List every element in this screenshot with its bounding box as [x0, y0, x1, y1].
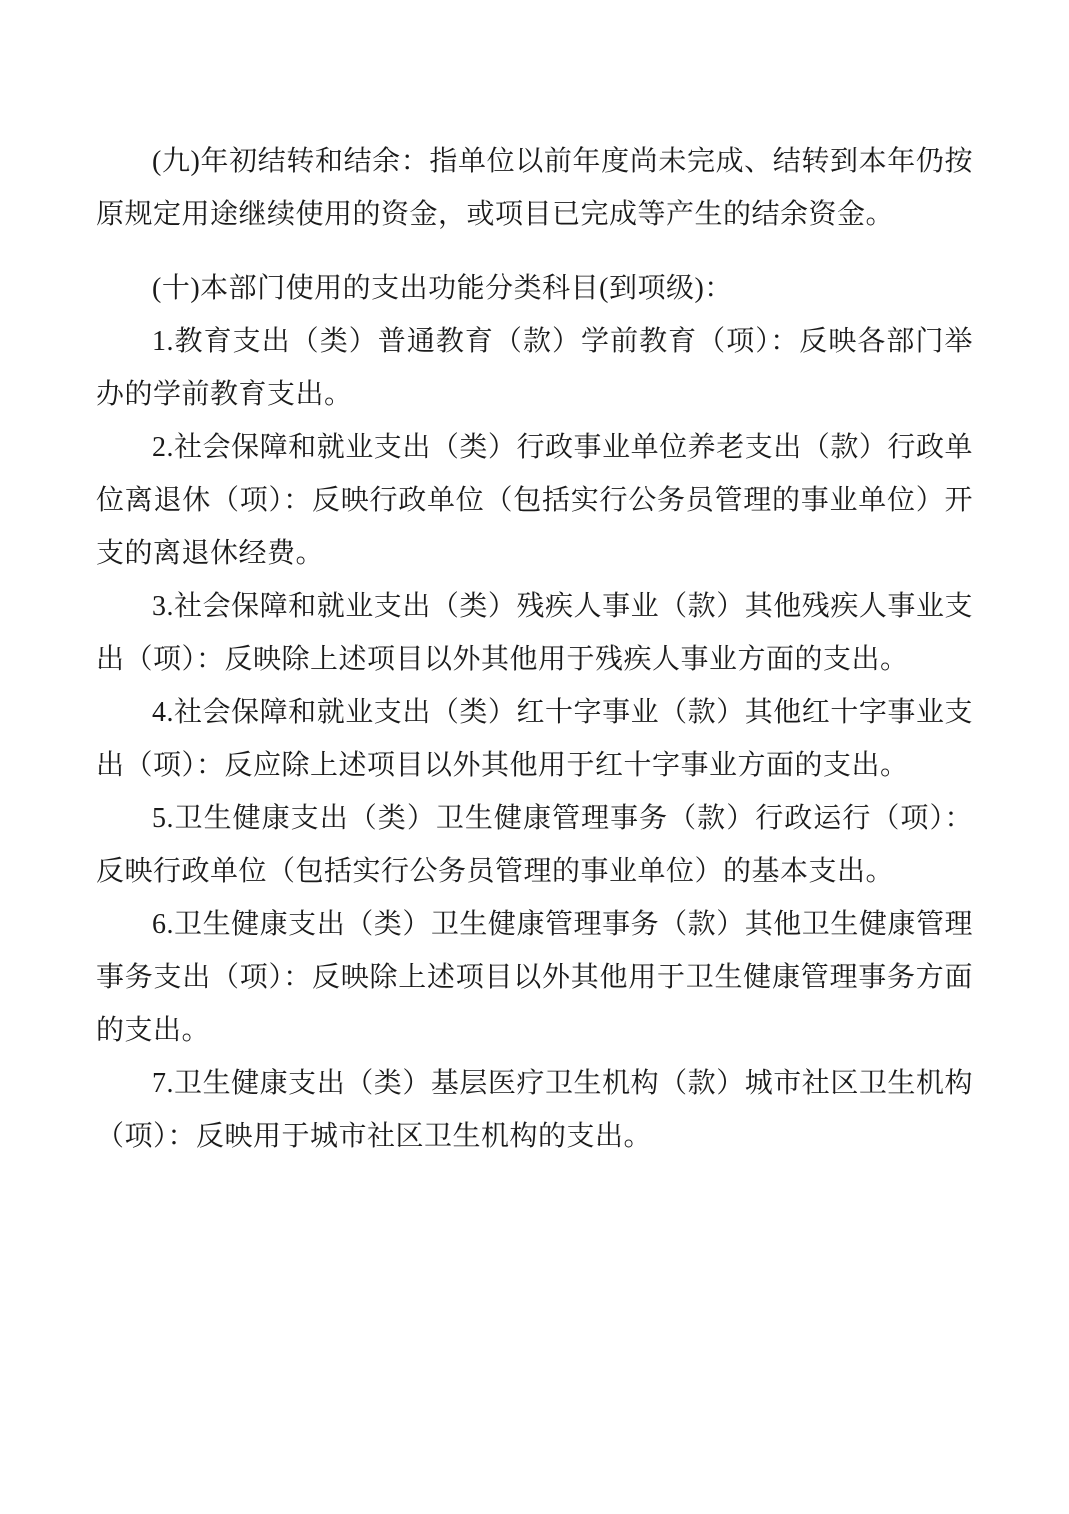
- list-item-7-community-health-org: 7.卫生健康支出（类）基层医疗卫生机构（款）城市社区卫生机构（项）：反映用于城市…: [96, 1057, 973, 1163]
- list-item-1-education-expenditure: 1.教育支出（类）普通教育（款）学前教育（项）：反映各部门举办的学前教育支出。: [96, 315, 973, 421]
- paragraph-section-10-heading: (十)本部门使用的支出功能分类科目(到项级)：: [96, 262, 973, 315]
- list-item-2-social-security-pension: 2.社会保障和就业支出（类）行政事业单位养老支出（款）行政单位离退休（项）：反映…: [96, 421, 973, 580]
- list-item-6-other-health-admin: 6.卫生健康支出（类）卫生健康管理事务（款）其他卫生健康管理事务支出（项）：反映…: [96, 898, 973, 1057]
- document-page: (九)年初结转和结余：指单位以前年度尚未完成、结转到本年仍按原规定用途继续使用的…: [0, 0, 1069, 1514]
- list-item-5-health-admin-operation: 5.卫生健康支出（类）卫生健康管理事务（款）行政运行（项）：反映行政单位（包括实…: [96, 792, 973, 898]
- list-item-4-red-cross: 4.社会保障和就业支出（类）红十字事业（款）其他红十字事业支出（项）：反应除上述…: [96, 686, 973, 792]
- paragraph-section-9: (九)年初结转和结余：指单位以前年度尚未完成、结转到本年仍按原规定用途继续使用的…: [96, 135, 973, 241]
- list-item-3-disabled-persons: 3.社会保障和就业支出（类）残疾人事业（款）其他残疾人事业支出（项）：反映除上述…: [96, 580, 973, 686]
